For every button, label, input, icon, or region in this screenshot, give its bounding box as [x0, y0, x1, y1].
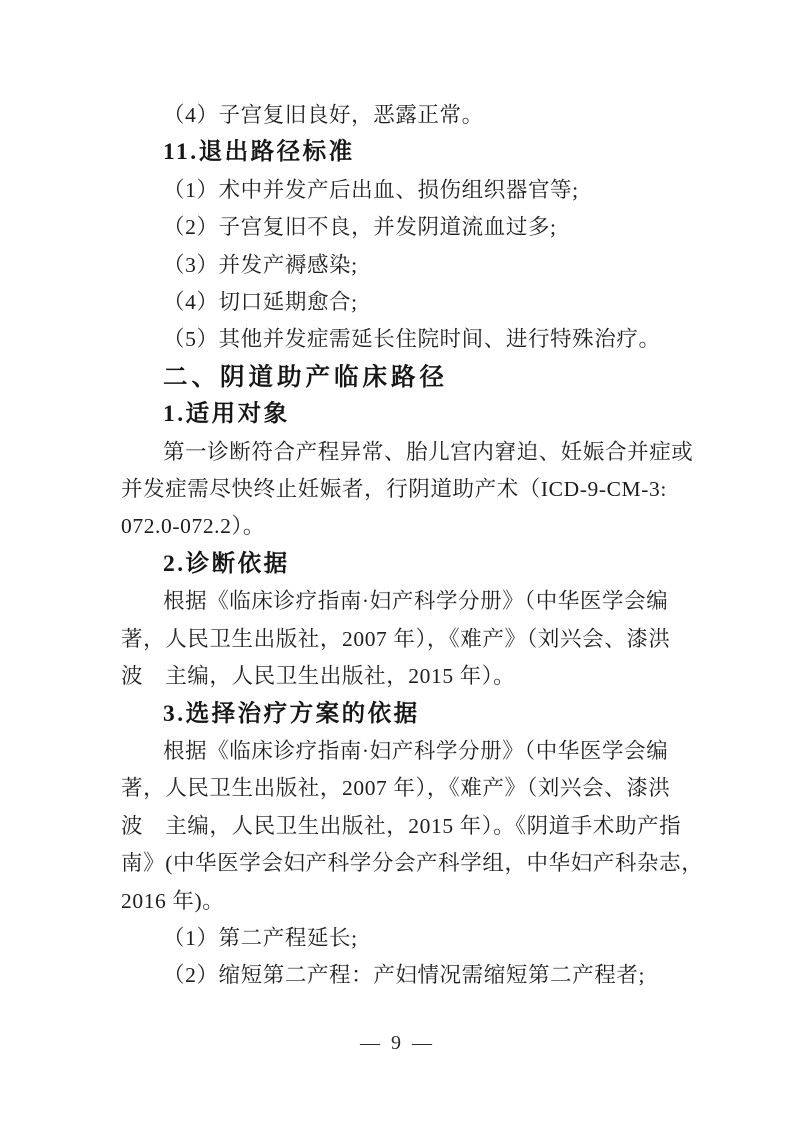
subheading-applicable-subjects: 1.适用对象: [121, 396, 701, 433]
paragraph-line-subjects-3: 072.0-072.2）。: [121, 508, 701, 545]
document-body: （4）子宫复旧良好，恶露正常。 11.退出路径标准 （1）术中并发产后出血、损伤…: [121, 97, 701, 995]
list-item-indication-2: （2）缩短第二产程：产妇情况需缩短第二产程者;: [121, 957, 701, 994]
paragraph-line-treatment-4: 南》(中华医学会妇产科学分会产科学组，中华妇产科杂志，: [121, 845, 701, 882]
list-item-indication-1: （1）第二产程延长;: [121, 920, 701, 957]
list-item-uterine-involution: （4）子宫复旧良好，恶露正常。: [121, 97, 701, 134]
document-page: （4）子宫复旧良好，恶露正常。 11.退出路径标准 （1）术中并发产后出血、损伤…: [0, 0, 795, 1123]
paragraph-line-treatment-5: 2016 年)。: [121, 883, 701, 920]
paragraph-line-diagnosis-1: 根据《临床诊疗指南·妇产科学分册》（中华医学会编: [121, 583, 701, 620]
list-item-exit-1: （1）术中并发产后出血、损伤组织器官等;: [121, 172, 701, 209]
heading-exit-pathway-criteria: 11.退出路径标准: [121, 134, 701, 171]
subheading-treatment-plan-basis: 3.选择治疗方案的依据: [121, 696, 701, 733]
paragraph-line-treatment-2: 著，人民卫生出版社，2007 年），《难产》（刘兴会、漆洪: [121, 770, 701, 807]
subheading-diagnosis-basis: 2.诊断依据: [121, 546, 701, 583]
list-item-exit-4: （4）切口延期愈合;: [121, 284, 701, 321]
paragraph-line-treatment-1: 根据《临床诊疗指南·妇产科学分册》（中华医学会编: [121, 733, 701, 770]
list-item-exit-3: （3）并发产褥感染;: [121, 247, 701, 284]
paragraph-line-treatment-3: 波 主编，人民卫生出版社，2015 年）。《阴道手术助产指: [121, 808, 701, 845]
page-number: — 9 —: [0, 1032, 795, 1055]
list-item-exit-2: （2）子宫复旧不良，并发阴道流血过多;: [121, 209, 701, 246]
paragraph-line-diagnosis-3: 波 主编，人民卫生出版社，2015 年）。: [121, 658, 701, 695]
paragraph-line-subjects-2: 并发症需尽快终止妊娠者，行阴道助产术（ICD-9-CM-3:: [121, 471, 701, 508]
list-item-exit-5: （5）其他并发症需延长住院时间、进行特殊治疗。: [121, 321, 701, 358]
section-heading-vaginal-delivery-pathway: 二、阴道助产临床路径: [121, 359, 701, 396]
paragraph-line-diagnosis-2: 著，人民卫生出版社，2007 年），《难产》（刘兴会、漆洪: [121, 621, 701, 658]
paragraph-line-subjects-1: 第一诊断符合产程异常、胎儿宫内窘迫、妊娠合并症或: [121, 434, 701, 471]
